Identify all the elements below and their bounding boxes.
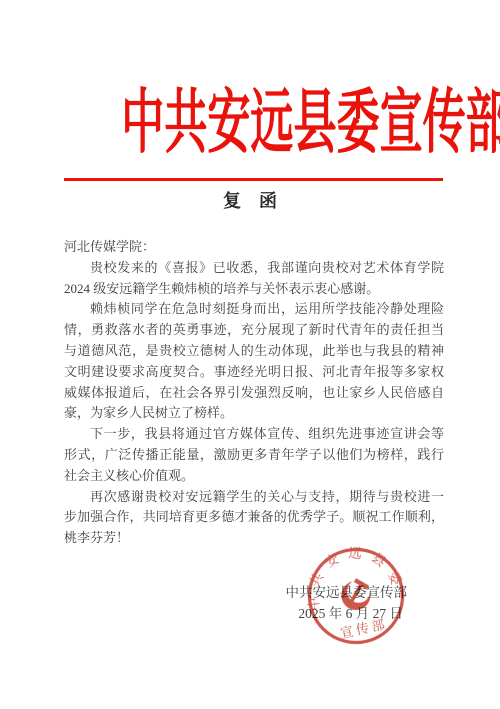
hammer-sickle-icon — [338, 576, 373, 613]
letter-page: 中共安远县委宣传部 复 函 河北传媒学院：贵校发来的《喜报》已收悉，我部谨向贵校… — [0, 0, 500, 709]
document-title: 复 函 — [0, 188, 500, 214]
body-line: 下一步，我县将通过官方媒体宣传、组织先进事迹宣讲会等 — [64, 424, 444, 445]
body-line: 情，勇救落水者的英勇事迹，充分展现了新时代青年的责任担当 — [64, 320, 444, 341]
body-line: 再次感谢贵校对安远籍学生的关心与支持，期待与贵校进一 — [64, 487, 444, 508]
body-text: 河北传媒学院：贵校发来的《喜报》已收悉，我部谨向贵校对艺术体育学院2024 级安… — [64, 237, 444, 549]
letterhead-divider-rule — [64, 178, 443, 181]
seal-bottom-text: 宣传部 — [339, 616, 389, 641]
body-line: 形式，广泛传播正能量，激励更多青年学子以他们为榜样，践行 — [64, 445, 444, 466]
body-line: 贵校发来的《喜报》已收悉，我部谨向贵校对艺术体育学院 — [64, 258, 444, 279]
body-line: 威媒体报道后，在社会各界引发强烈反响，也让家乡人民倍感自 — [64, 383, 444, 404]
body-line: 文明建设要求高度契合。事迹经光明日报、河北青年报等多家权 — [64, 362, 444, 383]
body-line: 2024 级安远籍学生赖炜桢的培养与关怀表示衷心感谢。 — [64, 279, 444, 300]
letterhead-org-name-text: 中共安远县委宣传部 — [121, 84, 500, 164]
body-line: 豪，为家乡人民树立了榜样。 — [64, 403, 444, 424]
body-line: 与道德风范，是贵校立德树人的生动体现，此举也与我县的精神 — [64, 341, 444, 362]
body-line: 社会主义核心价值观。 — [64, 466, 444, 487]
official-seal: 中共安远县委 宣传部 — [294, 534, 417, 657]
body-line: 步加强合作，共同培育更多德才兼备的优秀学子。顺祝工作顺利， — [64, 507, 444, 528]
letterhead-org-name: 中共安远县委宣传部 — [0, 84, 500, 164]
body-line: 河北传媒学院： — [64, 237, 444, 258]
body-line: 赖炜桢同学在危急时刻挺身而出，运用所学技能冷静处理险 — [64, 299, 444, 320]
